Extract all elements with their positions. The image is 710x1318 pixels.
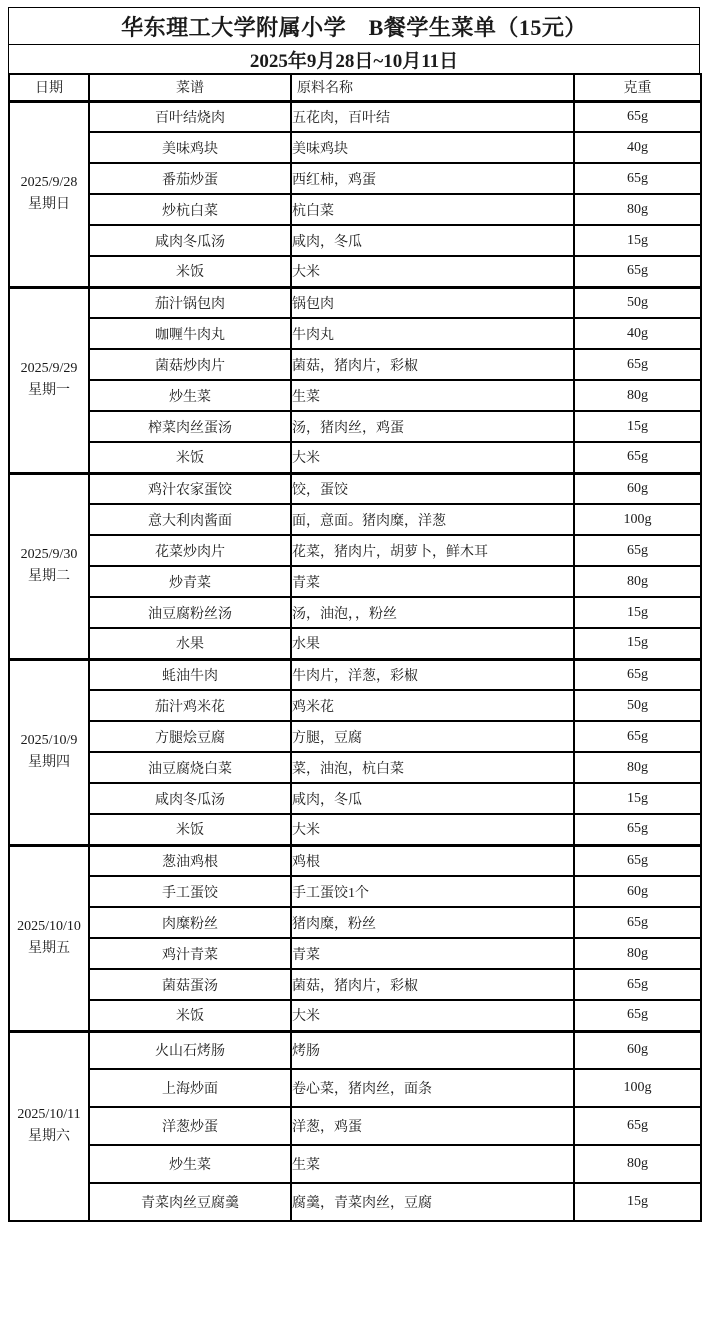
- dish-name: 肉糜粉丝: [89, 907, 291, 938]
- dish-weight: 65g: [574, 721, 701, 752]
- table-row: 油豆腐烧白菜菜，油泡，杭白菜80g: [9, 752, 701, 783]
- dish-ingredients: 菌菇，猪肉片，彩椒: [291, 349, 574, 380]
- dish-weight: 40g: [574, 318, 701, 349]
- date-cell: 2025/10/9星期四: [9, 659, 89, 845]
- dish-weight: 80g: [574, 194, 701, 225]
- dish-ingredients: 大米: [291, 442, 574, 473]
- dish-ingredients: 牛肉丸: [291, 318, 574, 349]
- dish-name: 花菜炒肉片: [89, 535, 291, 566]
- table-row: 上海炒面卷心菜，猪肉丝，面条100g: [9, 1069, 701, 1107]
- table-row: 菌菇蛋汤菌菇，猪肉片，彩椒65g: [9, 969, 701, 1000]
- table-row: 2025/10/9星期四蚝油牛肉牛肉片，洋葱，彩椒65g: [9, 659, 701, 690]
- table-row: 青菜肉丝豆腐羹腐羹，青菜肉丝，豆腐15g: [9, 1183, 701, 1221]
- col-header-weight: 克重: [574, 74, 701, 101]
- dish-name: 蚝油牛肉: [89, 659, 291, 690]
- dish-weight: 65g: [574, 814, 701, 845]
- date-cell: 2025/10/10星期五: [9, 845, 89, 1031]
- dish-ingredients: 饺，蛋饺: [291, 473, 574, 504]
- table-row: 炒青菜青菜80g: [9, 566, 701, 597]
- weekday-value: 星期二: [10, 566, 88, 588]
- header-row: 日期 菜谱 原料名称 克重: [9, 74, 701, 101]
- dish-weight: 80g: [574, 1145, 701, 1183]
- dish-name: 米饭: [89, 814, 291, 845]
- weekday-value: 星期一: [10, 380, 88, 402]
- dish-weight: 65g: [574, 101, 701, 132]
- dish-weight: 15g: [574, 1183, 701, 1221]
- dish-name: 水果: [89, 628, 291, 659]
- dish-ingredients: 咸肉，冬瓜: [291, 783, 574, 814]
- dish-ingredients: 鸡米花: [291, 690, 574, 721]
- weekday-value: 星期四: [10, 752, 88, 774]
- date-value: 2025/9/30: [10, 544, 88, 566]
- dish-ingredients: 菜，油泡，杭白菜: [291, 752, 574, 783]
- date-value: 2025/10/10: [10, 916, 88, 938]
- dish-name: 咸肉冬瓜汤: [89, 225, 291, 256]
- dish-weight: 80g: [574, 938, 701, 969]
- col-header-date: 日期: [9, 74, 89, 101]
- table-row: 油豆腐粉丝汤汤，油泡，，粉丝15g: [9, 597, 701, 628]
- dish-weight: 65g: [574, 659, 701, 690]
- dish-name: 葱油鸡根: [89, 845, 291, 876]
- table-row: 方腿烩豆腐方腿，豆腐65g: [9, 721, 701, 752]
- dish-weight: 100g: [574, 1069, 701, 1107]
- dish-weight: 80g: [574, 380, 701, 411]
- dish-ingredients: 菌菇，猪肉片，彩椒: [291, 969, 574, 1000]
- dish-name: 青菜肉丝豆腐羹: [89, 1183, 291, 1221]
- dish-name: 手工蛋饺: [89, 876, 291, 907]
- dish-name: 米饭: [89, 256, 291, 287]
- dish-weight: 65g: [574, 969, 701, 1000]
- dish-weight: 15g: [574, 628, 701, 659]
- table-row: 2025/9/29星期一茄汁锅包肉锅包肉50g: [9, 287, 701, 318]
- dish-ingredients: 手工蛋饺1个: [291, 876, 574, 907]
- date-value: 2025/10/9: [10, 730, 88, 752]
- dish-ingredients: 生菜: [291, 380, 574, 411]
- dish-ingredients: 大米: [291, 814, 574, 845]
- table-row: 肉糜粉丝猪肉糜，粉丝65g: [9, 907, 701, 938]
- dish-ingredients: 水果: [291, 628, 574, 659]
- dish-name: 鸡汁农家蛋饺: [89, 473, 291, 504]
- dish-weight: 40g: [574, 132, 701, 163]
- dish-ingredients: 汤，油泡，，粉丝: [291, 597, 574, 628]
- dish-name: 美味鸡块: [89, 132, 291, 163]
- dish-ingredients: 烤肠: [291, 1031, 574, 1069]
- dish-weight: 15g: [574, 597, 701, 628]
- dish-weight: 50g: [574, 287, 701, 318]
- dish-ingredients: 美味鸡块: [291, 132, 574, 163]
- date-cell: 2025/10/11星期六: [9, 1031, 89, 1221]
- date-value: 2025/9/29: [10, 358, 88, 380]
- table-row: 榨菜肉丝蛋汤汤，猪肉丝，鸡蛋15g: [9, 411, 701, 442]
- table-row: 水果水果15g: [9, 628, 701, 659]
- dish-name: 鸡汁青菜: [89, 938, 291, 969]
- dish-ingredients: 生菜: [291, 1145, 574, 1183]
- dish-name: 咸肉冬瓜汤: [89, 783, 291, 814]
- dish-name: 油豆腐烧白菜: [89, 752, 291, 783]
- page-title: 华东理工大学附属小学 B餐学生菜单（15元）: [9, 8, 699, 45]
- dish-name: 米饭: [89, 1000, 291, 1031]
- weekday-value: 星期五: [10, 938, 88, 960]
- table-row: 手工蛋饺手工蛋饺1个60g: [9, 876, 701, 907]
- dish-name: 菌菇炒肉片: [89, 349, 291, 380]
- table-row: 洋葱炒蛋洋葱，鸡蛋65g: [9, 1107, 701, 1145]
- dish-name: 茄汁锅包肉: [89, 287, 291, 318]
- table-row: 米饭大米65g: [9, 1000, 701, 1031]
- table-row: 2025/10/11星期六火山石烤肠烤肠60g: [9, 1031, 701, 1069]
- dish-weight: 65g: [574, 907, 701, 938]
- menu-sheet: 华东理工大学附属小学 B餐学生菜单（15元） 2025年9月28日~10月11日…: [8, 7, 700, 1222]
- dish-name: 榨菜肉丝蛋汤: [89, 411, 291, 442]
- dish-ingredients: 卷心菜，猪肉丝，面条: [291, 1069, 574, 1107]
- date-cell: 2025/9/28星期日: [9, 101, 89, 287]
- dish-weight: 15g: [574, 783, 701, 814]
- date-range: 2025年9月28日~10月11日: [9, 45, 699, 73]
- dish-weight: 100g: [574, 504, 701, 535]
- date-cell: 2025/9/30星期二: [9, 473, 89, 659]
- dish-name: 炒生菜: [89, 1145, 291, 1183]
- dish-ingredients: 鸡根: [291, 845, 574, 876]
- dish-name: 炒青菜: [89, 566, 291, 597]
- menu-table-body: 2025/9/28星期日百叶结烧肉五花肉，百叶结65g美味鸡块美味鸡块40g番茄…: [9, 101, 701, 1221]
- dish-ingredients: 牛肉片，洋葱，彩椒: [291, 659, 574, 690]
- dish-name: 茄汁鸡米花: [89, 690, 291, 721]
- dish-ingredients: 青菜: [291, 938, 574, 969]
- table-row: 米饭大米65g: [9, 814, 701, 845]
- dish-weight: 65g: [574, 442, 701, 473]
- dish-weight: 65g: [574, 256, 701, 287]
- table-row: 炒生菜生菜80g: [9, 1145, 701, 1183]
- dish-weight: 65g: [574, 1000, 701, 1031]
- dish-name: 意大利肉酱面: [89, 504, 291, 535]
- dish-weight: 65g: [574, 845, 701, 876]
- dish-name: 菌菇蛋汤: [89, 969, 291, 1000]
- dish-name: 火山石烤肠: [89, 1031, 291, 1069]
- dish-ingredients: 面，意面。猪肉糜，洋葱: [291, 504, 574, 535]
- col-header-ingredients: 原料名称: [291, 74, 574, 101]
- dish-ingredients: 腐羹，青菜肉丝，豆腐: [291, 1183, 574, 1221]
- table-row: 咖喱牛肉丸牛肉丸40g: [9, 318, 701, 349]
- table-row: 米饭大米65g: [9, 256, 701, 287]
- dish-weight: 80g: [574, 752, 701, 783]
- dish-name: 番茄炒蛋: [89, 163, 291, 194]
- dish-ingredients: 青菜: [291, 566, 574, 597]
- dish-weight: 50g: [574, 690, 701, 721]
- dish-weight: 15g: [574, 225, 701, 256]
- table-row: 意大利肉酱面面，意面。猪肉糜，洋葱100g: [9, 504, 701, 535]
- dish-name: 洋葱炒蛋: [89, 1107, 291, 1145]
- dish-weight: 60g: [574, 1031, 701, 1069]
- table-row: 炒杭白菜杭白菜80g: [9, 194, 701, 225]
- dish-ingredients: 五花肉，百叶结: [291, 101, 574, 132]
- dish-name: 百叶结烧肉: [89, 101, 291, 132]
- table-row: 咸肉冬瓜汤咸肉，冬瓜15g: [9, 225, 701, 256]
- dish-name: 米饭: [89, 442, 291, 473]
- dish-ingredients: 猪肉糜，粉丝: [291, 907, 574, 938]
- dish-name: 炒杭白菜: [89, 194, 291, 225]
- table-row: 2025/9/30星期二鸡汁农家蛋饺饺，蛋饺60g: [9, 473, 701, 504]
- dish-ingredients: 大米: [291, 1000, 574, 1031]
- dish-ingredients: 汤，猪肉丝，鸡蛋: [291, 411, 574, 442]
- dish-weight: 65g: [574, 1107, 701, 1145]
- table-row: 咸肉冬瓜汤咸肉，冬瓜15g: [9, 783, 701, 814]
- dish-name: 炒生菜: [89, 380, 291, 411]
- dish-weight: 65g: [574, 535, 701, 566]
- table-row: 鸡汁青菜青菜80g: [9, 938, 701, 969]
- dish-weight: 60g: [574, 473, 701, 504]
- dish-weight: 60g: [574, 876, 701, 907]
- dish-ingredients: 洋葱，鸡蛋: [291, 1107, 574, 1145]
- dish-ingredients: 锅包肉: [291, 287, 574, 318]
- weekday-value: 星期六: [10, 1126, 88, 1148]
- table-row: 美味鸡块美味鸡块40g: [9, 132, 701, 163]
- dish-name: 油豆腐粉丝汤: [89, 597, 291, 628]
- date-value: 2025/10/11: [10, 1104, 88, 1126]
- menu-table: 日期 菜谱 原料名称 克重 2025/9/28星期日百叶结烧肉五花肉，百叶结65…: [8, 73, 702, 1222]
- table-row: 2025/9/28星期日百叶结烧肉五花肉，百叶结65g: [9, 101, 701, 132]
- dish-ingredients: 方腿，豆腐: [291, 721, 574, 752]
- dish-ingredients: 杭白菜: [291, 194, 574, 225]
- dish-weight: 65g: [574, 349, 701, 380]
- table-row: 菌菇炒肉片菌菇，猪肉片，彩椒65g: [9, 349, 701, 380]
- title-block: 华东理工大学附属小学 B餐学生菜单（15元） 2025年9月28日~10月11日: [8, 7, 700, 73]
- dish-weight: 65g: [574, 163, 701, 194]
- dish-name: 方腿烩豆腐: [89, 721, 291, 752]
- date-cell: 2025/9/29星期一: [9, 287, 89, 473]
- table-row: 茄汁鸡米花鸡米花50g: [9, 690, 701, 721]
- dish-ingredients: 大米: [291, 256, 574, 287]
- dish-name: 上海炒面: [89, 1069, 291, 1107]
- table-row: 米饭大米65g: [9, 442, 701, 473]
- weekday-value: 星期日: [10, 194, 88, 216]
- dish-ingredients: 西红柿，鸡蛋: [291, 163, 574, 194]
- dish-weight: 80g: [574, 566, 701, 597]
- dish-ingredients: 咸肉，冬瓜: [291, 225, 574, 256]
- date-value: 2025/9/28: [10, 172, 88, 194]
- col-header-menu: 菜谱: [89, 74, 291, 101]
- table-row: 炒生菜生菜80g: [9, 380, 701, 411]
- table-row: 2025/10/10星期五葱油鸡根鸡根65g: [9, 845, 701, 876]
- table-row: 番茄炒蛋西红柿，鸡蛋65g: [9, 163, 701, 194]
- dish-name: 咖喱牛肉丸: [89, 318, 291, 349]
- dish-ingredients: 花菜，猪肉片，胡萝卜，鲜木耳: [291, 535, 574, 566]
- table-row: 花菜炒肉片花菜，猪肉片，胡萝卜，鲜木耳65g: [9, 535, 701, 566]
- dish-weight: 15g: [574, 411, 701, 442]
